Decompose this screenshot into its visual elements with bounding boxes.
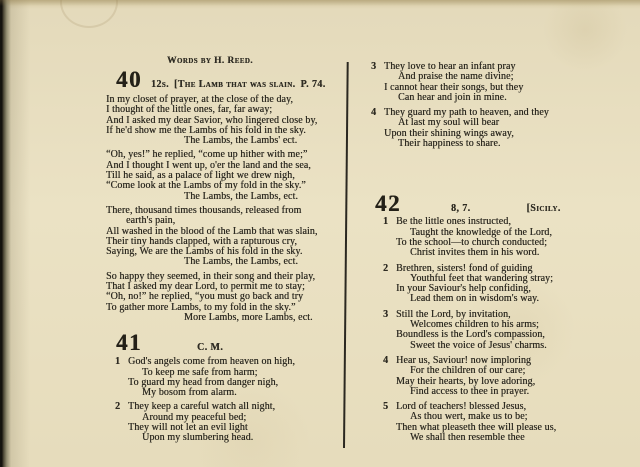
- attribution-line: Words by H. Reed.: [106, 56, 314, 66]
- stanza: 2They keep a careful watch all night,Aro…: [128, 402, 334, 443]
- hymn-number: 42: [375, 193, 401, 214]
- hymn-41-continued: 3They love to hear an infant prayAnd pra…: [384, 62, 636, 149]
- stanza-number: 2: [115, 402, 120, 412]
- right-column: 3They love to hear an infant prayAnd pra…: [384, 62, 636, 448]
- verse-line: Can hear and join in mine.: [398, 93, 636, 103]
- stanza-number: 1: [115, 357, 120, 367]
- hymn-41-continued-stanzas: 3They love to hear an infant prayAnd pra…: [384, 62, 636, 149]
- stanza: 4They guard my path to heaven, and theyA…: [384, 108, 636, 149]
- stanza-number: 2: [383, 264, 388, 274]
- verse-line: 1God's angels come from heaven on high,: [128, 357, 334, 367]
- hymn-42-stanzas: 1Be the little ones instructed,Taught th…: [396, 217, 636, 443]
- verse-line: The Lambs, the Lambs' ect.: [184, 136, 334, 146]
- hymn-number: 40: [116, 69, 142, 90]
- stanza: In my closet of prayer, at the close of …: [106, 95, 334, 146]
- hymn-41-header: 41 C. M.: [116, 332, 334, 353]
- stanza-number: 4: [371, 108, 376, 118]
- hymn-page-ref: P. 74.: [301, 79, 326, 90]
- hymn-title: [The Lamb that was slain.: [174, 79, 296, 90]
- stanza-number: 1: [383, 217, 388, 227]
- column-divider-rule: [343, 62, 348, 448]
- stanza-number: 4: [383, 356, 388, 366]
- stanza: 3Still the Lord, by invitation,Welcomes …: [396, 310, 636, 351]
- verse-line: Christ invites them in his word.: [410, 248, 636, 258]
- stanza: 5Lord of teachers! blessed Jesus,As thou…: [396, 402, 636, 443]
- hymnal-page-scan: Words by H. Reed. 40 12s. [The Lamb that…: [0, 0, 640, 467]
- book-binding-edge: [0, 0, 11, 467]
- stanza: So happy they seemed, in their song and …: [106, 272, 334, 323]
- hymn-40-header: 40 12s. [The Lamb that was slain. P. 74.: [116, 69, 334, 90]
- stanza-number: 5: [383, 402, 388, 412]
- hymn-40: 40 12s. [The Lamb that was slain. P. 74.…: [106, 69, 334, 323]
- verse-line: The Lambs, the Lambs, ect.: [184, 192, 334, 202]
- hymn-meter: C. M.: [197, 342, 223, 353]
- stanza: 2Brethren, sisters! fond of guidingYouth…: [396, 264, 636, 305]
- verse-line: For the children of our care;: [410, 366, 636, 376]
- hymn-41-stanzas: 1God's angels come from heaven on high,T…: [128, 357, 334, 443]
- verse-line: More Lambs, more Lambs, ect.: [184, 313, 334, 323]
- hymn-number: 41: [116, 332, 142, 353]
- stanza-number: 3: [371, 62, 376, 72]
- stanza-number: 3: [383, 310, 388, 320]
- hymn-tune-name: [Sicily.: [527, 203, 561, 214]
- verse-line: Lead them on in wisdom's way.: [410, 294, 636, 304]
- stanza: 1Be the little ones instructed,Taught th…: [396, 217, 636, 258]
- verse-line: Find access to thee in prayer.: [410, 387, 636, 397]
- verse-line: Sweet the voice of Jesus' charms.: [410, 341, 636, 351]
- stanza: There, thousand times thousands, release…: [106, 206, 334, 268]
- hymn-41: 41 C. M. 1God's angels come from heaven …: [106, 332, 334, 443]
- hymn-meter: 8, 7.: [451, 203, 471, 214]
- hymn-42: 42 8, 7. [Sicily. 1Be the little ones in…: [384, 193, 636, 443]
- left-column: Words by H. Reed. 40 12s. [The Lamb that…: [106, 56, 334, 448]
- ring-stain: [60, 0, 118, 28]
- verse-line: The Lambs, the Lambs, ect.: [184, 257, 334, 267]
- stanza: 3They love to hear an infant prayAnd pra…: [384, 62, 636, 103]
- verse-line: My bosom from alarm.: [142, 388, 334, 398]
- hymn-42-header: 42 8, 7. [Sicily.: [375, 193, 636, 214]
- hymn-meter: 12s.: [151, 79, 169, 90]
- stanza: 4Hear us, Saviour! now imploringFor the …: [396, 356, 636, 397]
- stanza: “Oh, yes!” he replied, “come up hither w…: [106, 150, 334, 201]
- hymn-40-stanzas: In my closet of prayer, at the close of …: [106, 95, 334, 323]
- verse-line: We shall then resemble thee: [410, 433, 636, 443]
- stanza: 1God's angels come from heaven on high,T…: [128, 357, 334, 398]
- verse-line: Upon my slumbering head.: [142, 433, 334, 443]
- verse-line: Their happiness to share.: [398, 139, 636, 149]
